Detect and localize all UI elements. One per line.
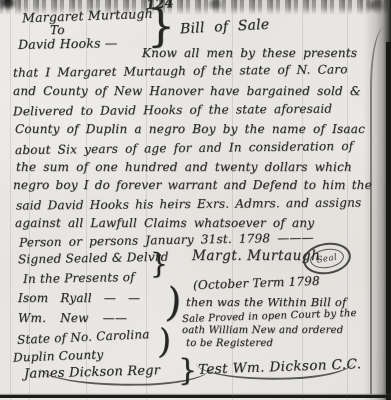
body-line: against all Lawfull Claims whatsoever of… (15, 216, 314, 230)
scan-bottom-edge (0, 395, 391, 398)
body-line: said David Hooks his heirs Exrs. Admrs. … (16, 195, 361, 212)
fold-line (10, 0, 11, 400)
court-note-line: (October Term 1798 (193, 274, 320, 292)
court-note-line: Sale Proved in open Court by the (182, 308, 357, 325)
heading-brace: } (147, 1, 175, 52)
body-line: Delivered to David Hooks of the state af… (13, 102, 332, 119)
document-title: Bill of Sale (180, 17, 270, 38)
signature-flourish-underline (196, 357, 355, 383)
grantor-name: Margaret Murtaugh (22, 6, 153, 26)
body-line: that I Margaret Murtaugh of the state of… (13, 62, 348, 80)
jurisdiction-state: State of No. Carolina (17, 327, 150, 347)
court-note-line: to be Registered (186, 338, 273, 349)
body-line: County of Duplin a negro Boy by the name… (15, 122, 365, 136)
body-line: Know all men by these presents (142, 46, 357, 60)
court-note-line: oath William New and ordered (182, 325, 343, 336)
court-note-line: then was the Within Bill of (186, 295, 346, 309)
page-edge-curve (370, 28, 384, 394)
attestation-brace: } (150, 247, 168, 280)
seal-label: Seal (309, 246, 346, 270)
body-line: and County of New Hanover have bargained… (13, 84, 361, 98)
seal-mark: Seal (301, 239, 353, 277)
jurisdiction-county: Duplin County (13, 347, 104, 364)
attestation-line: Signed Sealed & Delvrd (18, 250, 169, 267)
witness-name: Wm. New —— (18, 311, 127, 325)
grantee-name: David Hooks — (18, 35, 118, 52)
attestation-line: In the Presents of (23, 270, 135, 286)
scanned-document-page: 124 Margaret Murtaugh To David Hooks — }… (0, 0, 391, 400)
body-line: the sum of one hundred and twenty dollar… (16, 160, 352, 174)
heading-to-label: To (50, 23, 65, 37)
witness-name: Isom Ryall — — (18, 291, 140, 305)
grantor-signature: Margt. Murtaugh (192, 248, 320, 264)
page-edge-dark-strip (386, 42, 391, 400)
jurisdiction-paren: ) (157, 322, 173, 363)
body-line: negro boy I do forever warrant and Defen… (13, 178, 372, 192)
